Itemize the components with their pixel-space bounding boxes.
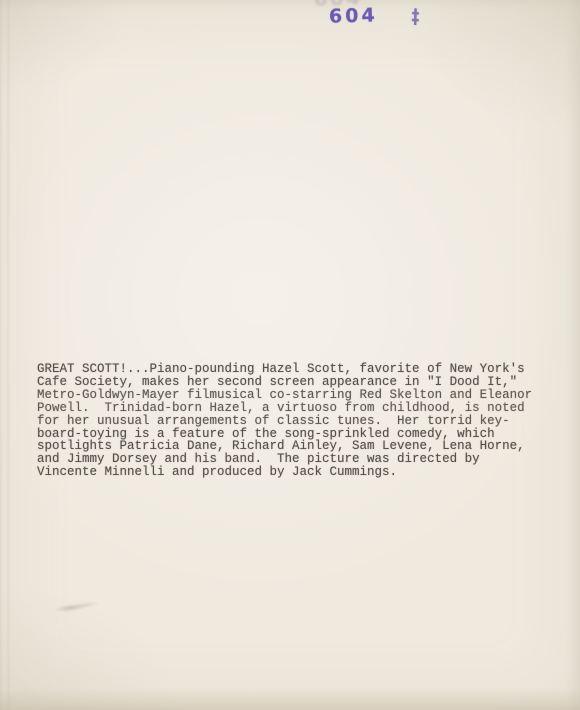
caption-line: Powell. Trinidad-born Hazel, a virtuoso … [37,402,557,415]
caption-line: Cafe Society, makes her second screen ap… [37,376,557,389]
pencil-smudge [55,598,98,614]
handwritten-page-number: 604 [329,4,378,27]
caption-line: Vincente Minnelli and produced by Jack C… [37,466,557,479]
caption-line: GREAT SCOTT!...Piano-pounding Hazel Scot… [37,363,557,376]
typewritten-caption: GREAT SCOTT!...Piano-pounding Hazel Scot… [37,363,557,479]
caption-line: Metro-Goldwyn-Mayer filmusical co-starri… [37,389,557,402]
handwritten-stray-mark: ‡ [411,4,419,29]
photo-verso-paper: 604 604 ‡ GREAT SCOTT!...Piano-pounding … [0,0,580,710]
caption-line: for her unusual arrangements of classic … [37,415,557,428]
